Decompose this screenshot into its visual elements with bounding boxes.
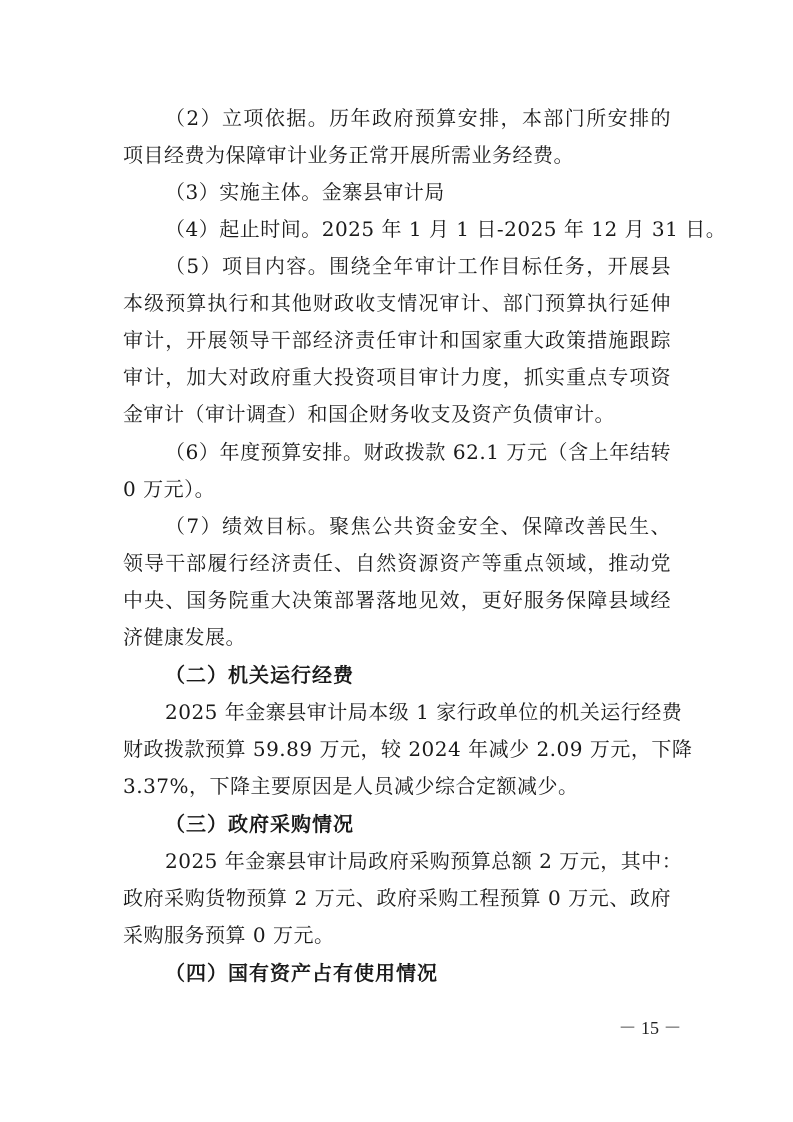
paragraph-period-line-1: （4）起止时间。2025 年 1 月 1 日-2025 年 12 月 31 日。 bbox=[165, 214, 671, 244]
section-heading-state-assets: （四）国有资产占有使用情况 bbox=[165, 958, 671, 988]
paragraph-content-line-4: 审计，加大对政府重大投资项目审计力度，抓实重点专项资 bbox=[123, 362, 671, 392]
section-procurement-line-2: 政府采购货物预算 2 万元、政府采购工程预算 0 万元、政府 bbox=[123, 883, 671, 913]
paragraph-budget-line-1: （6）年度预算安排。财政拨款 62.1 万元（含上年结转 bbox=[165, 437, 671, 467]
section-heading-procurement: （三）政府采购情况 bbox=[165, 809, 671, 839]
paragraph-subject-line-1: （3）实施主体。金寨县审计局 bbox=[165, 177, 671, 207]
document-page: （2）立项依据。历年政府预算安排，本部门所安排的 项目经费为保障审计业务正常开展… bbox=[0, 0, 793, 1122]
paragraph-goals-line-2: 领导干部履行经济责任、自然资源资产等重点领域，推动党 bbox=[123, 548, 671, 578]
section-procurement-line-1: 2025 年金寨县审计局政府采购预算总额 2 万元，其中： bbox=[165, 846, 671, 876]
page-number: － 15 － bbox=[610, 1015, 690, 1041]
section-heading-operating-costs: （二）机关运行经费 bbox=[165, 660, 671, 690]
paragraph-basis-line-1: （2）立项依据。历年政府预算安排，本部门所安排的 bbox=[165, 103, 671, 133]
paragraph-goals-line-4: 济健康发展。 bbox=[123, 622, 671, 652]
paragraph-goals-line-1: （7）绩效目标。聚焦公共资金安全、保障改善民生、 bbox=[165, 511, 671, 541]
paragraph-content-line-5: 金审计（审计调查）和国企财务收支及资产负债审计。 bbox=[123, 399, 671, 429]
section-operating-costs-line-1: 2025 年金寨县审计局本级 1 家行政单位的机关运行经费 bbox=[165, 697, 671, 727]
paragraph-basis-line-2: 项目经费为保障审计业务正常开展所需业务经费。 bbox=[123, 140, 671, 170]
paragraph-content-line-1: （5）项目内容。围绕全年审计工作目标任务，开展县 bbox=[165, 251, 671, 281]
paragraph-content-line-2: 本级预算执行和其他财政收支情况审计、部门预算执行延伸 bbox=[123, 288, 671, 318]
section-procurement-line-3: 采购服务预算 0 万元。 bbox=[123, 920, 671, 950]
paragraph-content-line-3: 审计，开展领导干部经济责任审计和国家重大政策措施跟踪 bbox=[123, 325, 671, 355]
section-operating-costs-line-3: 3.37%，下降主要原因是人员减少综合定额减少。 bbox=[123, 771, 671, 801]
section-operating-costs-line-2: 财政拨款预算 59.89 万元，较 2024 年减少 2.09 万元，下降 bbox=[123, 734, 671, 764]
paragraph-budget-line-2: 0 万元）。 bbox=[123, 474, 671, 504]
paragraph-goals-line-3: 中央、国务院重大决策部署落地见效，更好服务保障县域经 bbox=[123, 585, 671, 615]
